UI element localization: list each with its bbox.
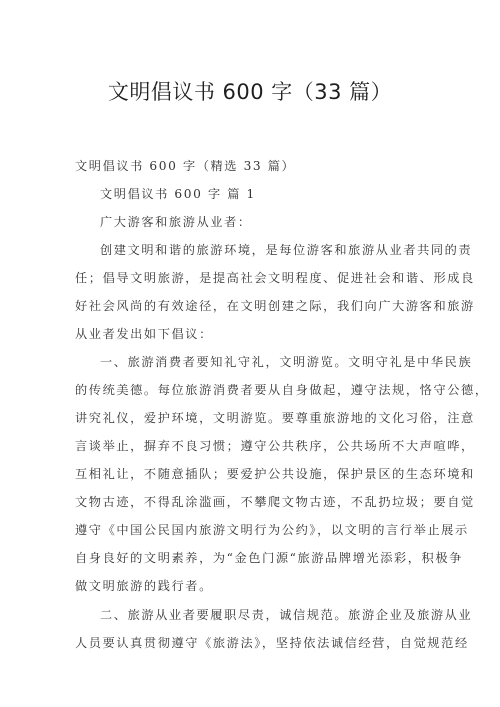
paragraph-line: 做文明旅游的践行者。 (75, 578, 213, 594)
salutation: 广大游客和旅游从业者： (100, 214, 252, 230)
paragraph-line: 的传统美德。每位旅游消费者要从自身做起，遵守法规，恪守公德， (75, 382, 489, 398)
paragraph-line: 讲究礼仪，爱护环境，文明游览。要尊重旅游地的文化习俗，注意 (75, 410, 475, 426)
paragraph-line: 言谈举止，摒弃不良习惯；遵守公共秩序，公共场所不大声喧哗， (75, 438, 475, 454)
paragraph-line: 一、旅游消费者要知礼守礼，文明游览。文明守礼是中华民族 (100, 354, 472, 370)
paragraph-line: 好社会风尚的有效途径，在文明创建之际，我们向广大游客和旅游 (75, 298, 475, 314)
paragraph-line: 遵守《中国公民国内旅游文明行为公约》，以文明的言行举止展示 (75, 522, 469, 538)
paragraph-line: 人员要认真贯彻遵守《旅游法》，坚持依法诚信经营，自觉规范经 (75, 635, 469, 651)
section-heading: 文明倡议书 600 字 篇 1 (100, 186, 256, 202)
document-subtitle: 文明倡议书 600 字（精选 33 篇） (75, 158, 295, 174)
paragraph-line: 自身良好的文明素养，为“金色门源“旅游品牌增光添彩，积极争 (75, 550, 463, 566)
paragraph-line: 从业者发出如下倡议： (75, 326, 213, 342)
paragraph-line: 文物古迹，不得乱涂滥画，不攀爬文物古迹，不乱扔垃圾；要自觉 (75, 494, 475, 510)
paragraph-line: 互相礼让，不随意插队；要爱护公共设施，保护景区的生态环境和 (75, 466, 475, 482)
paragraph-line: 任；倡导文明旅游，是提高社会文明程度、促进社会和谐、形成良 (75, 270, 475, 286)
paragraph-line: 二、旅游从业者要履职尽责，诚信规范。旅游企业及旅游从业 (100, 607, 472, 623)
paragraph-line: 创建文明和谐的旅游环境，是每位游客和旅游从业者共同的责 (100, 242, 472, 258)
document-title: 文明倡议书 600 字（33 篇） (0, 76, 500, 106)
